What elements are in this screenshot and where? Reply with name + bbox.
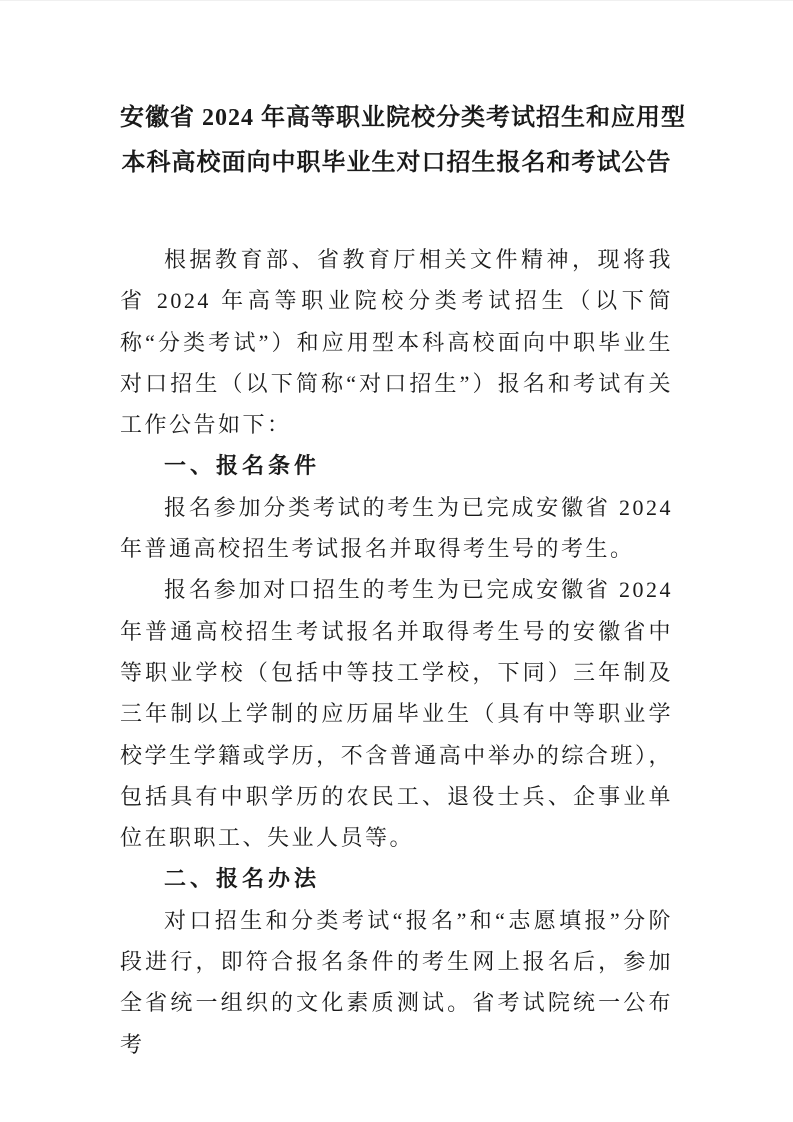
intro-paragraph: 根据教育部、省教育厅相关文件精神，现将我省 2024 年高等职业院校分类考试招生…: [120, 239, 673, 445]
document-title-line-2: 本科高校面向中职毕业生对口招生报名和考试公告: [120, 141, 673, 186]
section-heading-registration-method: 二、报名办法: [120, 858, 673, 899]
document-page: 安徽省 2024 年高等职业院校分类考试招生和应用型 本科高校面向中职毕业生对口…: [0, 0, 793, 1122]
paragraph-counterpart-enrollment-eligibility: 报名参加对口招生的考生为已完成安徽省 2024 年普通高校招生考试报名并取得考生…: [120, 569, 673, 858]
section-heading-registration-conditions: 一、报名条件: [120, 445, 673, 486]
paragraph-classified-exam-eligibility: 报名参加分类考试的考生为已完成安徽省 2024 年普通高校招生考试报名并取得考生…: [120, 487, 673, 570]
document-title-line-1: 安徽省 2024 年高等职业院校分类考试招生和应用型: [120, 96, 673, 141]
paragraph-registration-method: 对口招生和分类考试“报名”和“志愿填报”分阶段进行，即符合报名条件的考生网上报名…: [120, 900, 673, 1065]
document-body: 根据教育部、省教育厅相关文件精神，现将我省 2024 年高等职业院校分类考试招生…: [120, 239, 673, 1065]
document-title: 安徽省 2024 年高等职业院校分类考试招生和应用型 本科高校面向中职毕业生对口…: [120, 96, 673, 186]
